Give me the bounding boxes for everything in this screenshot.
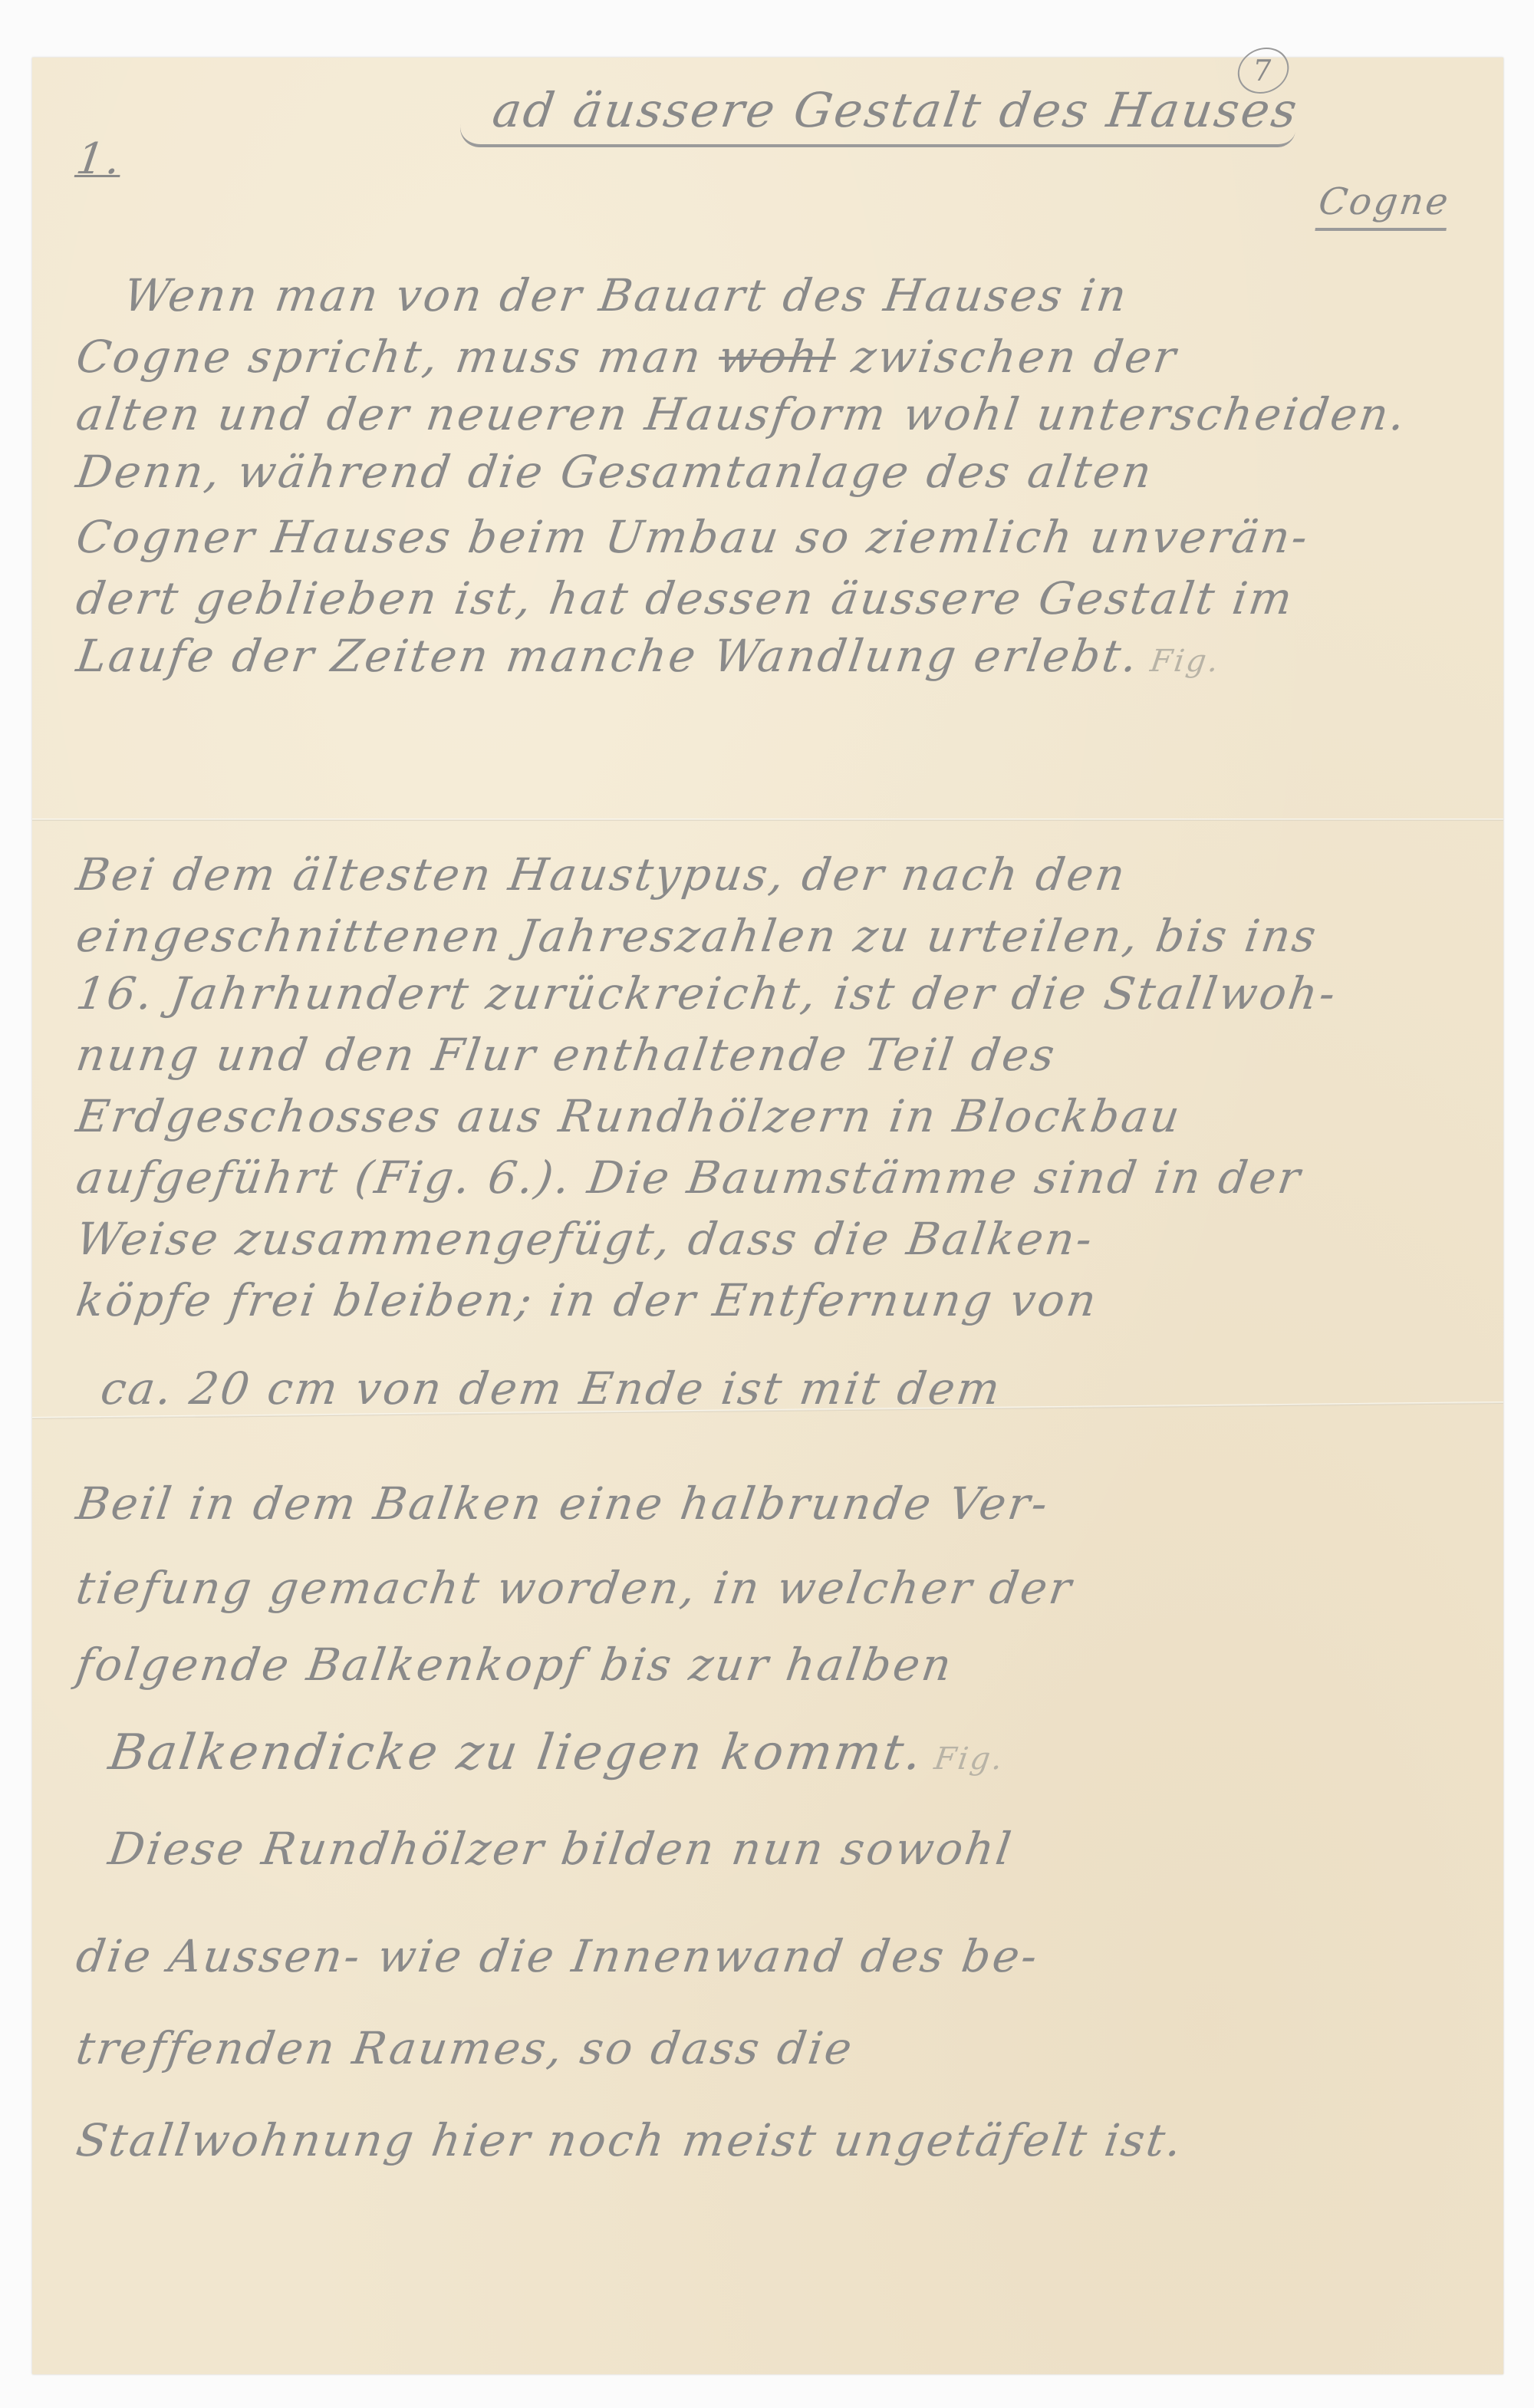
page-number: 1.: [73, 134, 126, 184]
text-line: dert geblieben ist, hat dessen äussere G…: [73, 572, 1298, 625]
figure-note: Fig.: [1148, 644, 1223, 679]
text-line: Bei dem ältesten Haustypus, der nach den: [73, 848, 1131, 901]
text-line: Cogne spricht, muss man wohl zwischen de…: [73, 330, 1181, 384]
manuscript-page: 1. ad äussere Gestalt des Hauses 7 Cogne…: [32, 58, 1503, 2374]
place-heading: Cogne: [1315, 180, 1453, 231]
text-line: Wenn man von der Bauart des Hauses in: [120, 268, 1132, 322]
text-line: folgende Balkenkopf bis zur halben: [73, 1638, 956, 1692]
text-line: Denn, während die Gesamtanlage des alten: [73, 445, 1157, 499]
text-segment: zwischen der: [832, 331, 1181, 383]
paper-fold-line: [32, 819, 1503, 821]
text-line: Cogner Hauses beim Umbau so ziemlich unv…: [73, 510, 1313, 564]
text-line: aufgeführt (Fig. 6.). Die Baumstämme sin…: [73, 1151, 1305, 1204]
text-line: Erdgeschosses aus Rundhölzern in Blockba…: [73, 1089, 1185, 1143]
page-title: ad äussere Gestalt des Hauses 7: [457, 82, 1302, 147]
text-line: eingeschnittenen Jahreszahlen zu urteile…: [73, 909, 1322, 963]
text-line: ca. 20 cm von dem Ende ist mit dem: [97, 1362, 1006, 1415]
text-line: Weise zusammengefügt, dass die Balken-: [73, 1212, 1098, 1266]
figure-note: Fig.: [932, 1741, 1006, 1777]
text-line: 16. Jahrhundert zurückreicht, ist der di…: [73, 967, 1341, 1020]
title-text: ad äussere Gestalt des Hauses: [489, 82, 1302, 138]
text-line: Laufe der Zeiten manche Wandlung erlebt.…: [73, 629, 1225, 688]
text-segment: Laufe der Zeiten manche Wandlung erlebt.: [74, 630, 1143, 682]
text-line: nung und den Flur enthaltende Teil des: [73, 1028, 1060, 1082]
text-segment: Cogne spricht, muss man: [73, 331, 723, 383]
text-line: tiefung gemacht worden, in welcher der: [73, 1561, 1077, 1615]
text-line: treffenden Raumes, so dass die: [73, 2021, 858, 2075]
text-line: köpfe frei bleiben; in der Entfernung vo…: [73, 1273, 1101, 1327]
text-line: alten und der neueren Hausform wohl unte…: [73, 387, 1411, 441]
text-line: Beil in dem Balken eine halbrunde Ver-: [73, 1477, 1053, 1530]
text-line: Balkendicke zu liegen kommt.Fig.: [105, 1726, 1009, 1786]
text-segment: Balkendicke zu liegen kommt.: [105, 1724, 927, 1781]
text-line: die Aussen- wie die Innenwand des be-: [73, 1929, 1042, 1983]
struck-out-word: wohl: [716, 331, 840, 383]
text-line: Stallwohnung hier noch meist ungetäfelt …: [73, 2113, 1187, 2167]
text-line: Diese Rundhölzer bilden nun sowohl: [105, 1822, 1016, 1876]
